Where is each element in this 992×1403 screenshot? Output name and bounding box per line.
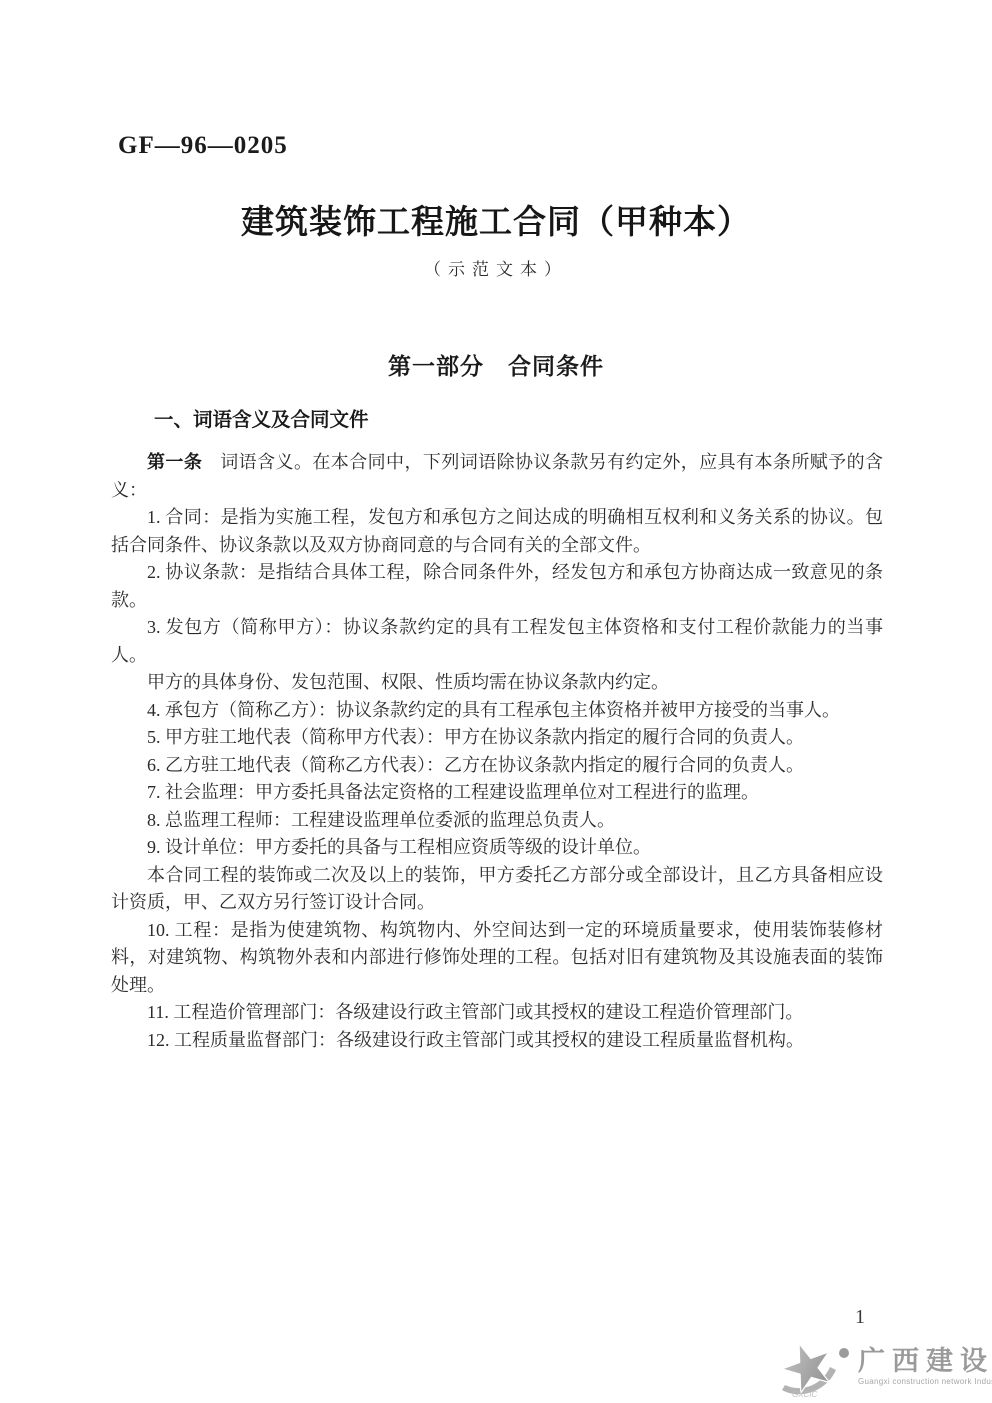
clause-item: 8. 总监理工程师：工程建设监理单位委派的监理总负责人。 (111, 807, 883, 835)
clause-item: 2. 协议条款：是指结合具体工程，除合同条件外，经发包方和承包方协商达成一致意见… (111, 559, 883, 614)
star-logo-icon: GXCIC (776, 1340, 854, 1400)
logo-mark: GXCIC (792, 1390, 818, 1399)
clause-item: 11. 工程造价管理部门：各级建设行政主管部门或其授权的建设工程造价管理部门。 (111, 999, 883, 1027)
clause-item: 3. 发包方（简称甲方）：协议条款约定的具有工程发包主体资格和支付工程价款能力的… (111, 614, 883, 669)
document-page: GF—96—0205 建筑装饰工程施工合同（甲种本） （示范文本） 第一部分 合… (0, 0, 992, 1403)
clause-item: 5. 甲方驻工地代表（简称甲方代表）：甲方在协议条款内指定的履行合同的负责人。 (111, 724, 883, 752)
section-heading: 一、词语含义及合同文件 (154, 404, 369, 432)
clause-item: 4. 承包方（简称乙方）：协议条款约定的具有工程承包主体资格并被甲方接受的当事人… (111, 697, 883, 725)
article-intro: 词语含义。在本合同中，下列词语除协议条款另有约定外，应具有本条所赋予的含义： (111, 452, 883, 500)
clause-item: 12. 工程质量监督部门：各级建设行政主管部门或其授权的建设工程质量监督机构。 (111, 1027, 883, 1055)
clause-item: 1. 合同：是指为实施工程，发包方和承包方之间达成的明确相互权利和义务关系的协议… (111, 504, 883, 559)
logo-tagline: Guangxi construction network Industry Ed… (858, 1377, 992, 1386)
doc-title: 建筑装饰工程施工合同（甲种本） (0, 196, 992, 243)
clause-item: 10. 工程：是指为使建筑物、构筑物内、外空间达到一定的环境质量要求，使用装饰装… (111, 917, 883, 1000)
article-label: 第一条 (147, 452, 202, 472)
clause-item: 本合同工程的装饰或二次及以上的装饰，甲方委托乙方部分或全部设计，且乙方具备相应设… (111, 862, 883, 917)
doc-code: GF—96—0205 (118, 132, 288, 160)
contract-body: 第一条词语含义。在本合同中，下列词语除协议条款另有约定外，应具有本条所赋予的含义… (111, 449, 883, 1054)
part-heading: 第一部分 合同条件 (0, 348, 992, 381)
clause-item: 甲方的具体身份、发包范围、权限、性质均需在协议条款内约定。 (111, 669, 883, 697)
logo-site-name: 广西建设网 (858, 1346, 992, 1376)
doc-subtitle: （示范文本） (0, 255, 992, 280)
page-number: 1 (838, 1306, 882, 1329)
clause-item: 9. 设计单位：甲方委托的具备与工程相应资质等级的设计单位。 (111, 834, 883, 862)
article-paragraph: 第一条词语含义。在本合同中，下列词语除协议条款另有约定外，应具有本条所赋予的含义… (111, 449, 883, 504)
clause-item: 7. 社会监理：甲方委托具备法定资格的工程建设监理单位对工程进行的监理。 (111, 779, 883, 807)
logo-text: 广西建设网 Guangxi construction network Indus… (858, 1346, 992, 1386)
footer-logo: GXCIC 广西建设网 Guangxi construction network… (776, 1340, 992, 1400)
clause-item: 6. 乙方驻工地代表（简称乙方代表）：乙方在协议条款内指定的履行合同的负责人。 (111, 752, 883, 780)
